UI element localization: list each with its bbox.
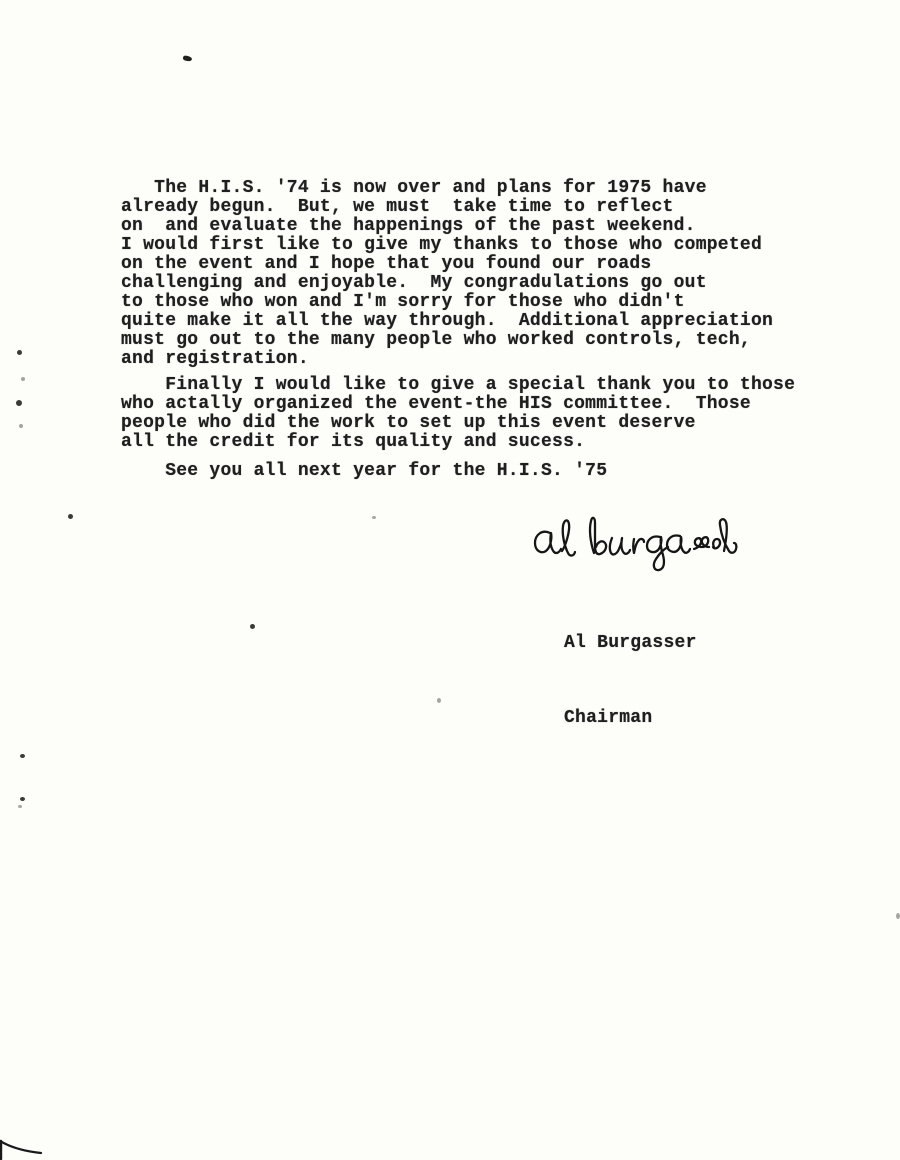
letter-closing-line: See you all next year for the H.I.S. '75 <box>121 462 607 481</box>
scan-speck <box>68 514 73 519</box>
scanned-letter-page: The H.I.S. '74 is now over and plans for… <box>0 0 900 1160</box>
handwritten-signature <box>528 511 748 576</box>
letter-paragraph-2: Finally I would like to give a special t… <box>121 376 795 452</box>
typed-name: Al Burgasser <box>564 631 697 656</box>
scan-speck <box>17 350 22 355</box>
scan-speck <box>183 55 193 62</box>
scan-speck <box>21 377 25 381</box>
scan-speck <box>896 913 900 919</box>
scan-speck <box>20 754 25 758</box>
scan-speck <box>16 400 22 406</box>
scan-speck <box>437 698 441 703</box>
scan-speck <box>18 805 22 808</box>
scan-speck <box>20 797 25 801</box>
scan-speck <box>250 624 255 629</box>
scan-speck <box>19 424 23 428</box>
typed-title: Chairman <box>564 706 697 731</box>
scan-speck <box>372 516 376 519</box>
signature-block: Al Burgasser Chairman <box>564 581 697 781</box>
letter-paragraph-1: The H.I.S. '74 is now over and plans for… <box>121 179 773 369</box>
page-corner-mark <box>0 1136 44 1160</box>
